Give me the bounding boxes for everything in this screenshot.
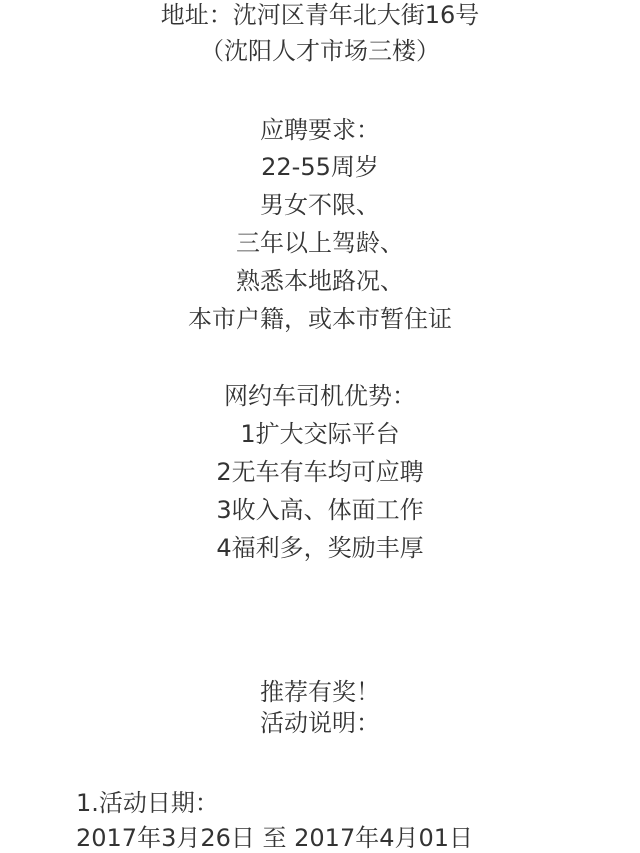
referral-title: 推荐有奖！ [0,677,640,707]
advantage-item: 2无车有车均可应聘 [0,457,640,487]
requirement-item: 熟悉本地路况、 [0,266,640,296]
activity-date-label: 1.活动日期： [76,788,219,818]
address-detail: （沈阳人才市场三楼） [0,36,640,66]
advantage-item: 1扩大交际平台 [0,419,640,449]
activity-date-range: 2017年3月26日 至 2017年4月01日 [76,823,473,853]
requirement-item: 22-55周岁 [0,152,640,182]
address-line: 地址：沈河区青年北大街16号 [0,0,640,30]
requirement-item: 本市户籍，或本市暂住证 [0,304,640,334]
advantage-item: 4福利多，奖励丰厚 [0,533,640,563]
requirement-item: 三年以上驾龄、 [0,228,640,258]
requirements-heading: 应聘要求： [0,115,640,145]
advantages-heading: 网约车司机优势： [0,381,640,411]
requirement-item: 男女不限、 [0,190,640,220]
referral-subtitle: 活动说明： [0,708,640,738]
advantage-item: 3收入高、体面工作 [0,495,640,525]
